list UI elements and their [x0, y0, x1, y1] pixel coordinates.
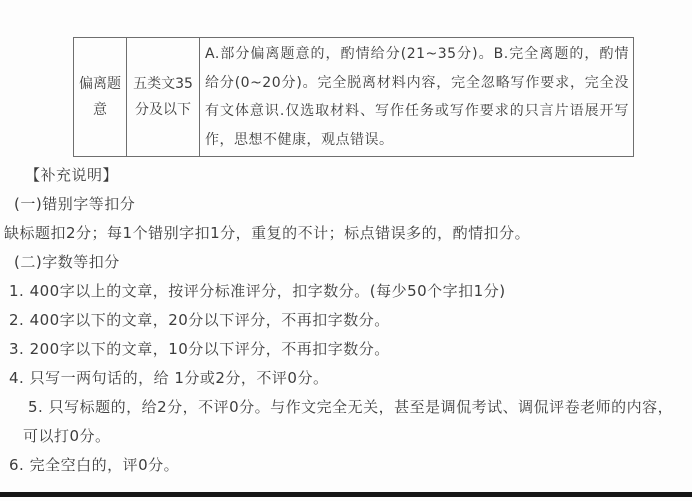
notes-item-2: 2. 400字以下的文章，20分以下评分，不再扣字数分。: [9, 306, 692, 335]
table-row: 偏离题意 五类文35分及以下 A.部分偏离题意的，酌情给分(21~35分)。B.…: [74, 38, 634, 157]
rubric-table-body: 偏离题意 五类文35分及以下 A.部分偏离题意的，酌情给分(21~35分)。B.…: [74, 38, 634, 157]
rubric-description-cell: A.部分偏离题意的，酌情给分(21~35分)。B.完全离题的，酌情给分(0~20…: [200, 38, 634, 157]
notes-item-1: 1. 400字以上的文章，按评分标准评分，扣字数分。(每少50个字扣1分): [9, 277, 692, 306]
bottom-divider: [0, 492, 692, 497]
notes-item-5-continuation: 可以打0分。: [23, 422, 692, 451]
supplementary-notes: 【补充说明】 (一)错别字等扣分 缺标题扣2分；每1个错别字扣1分，重复的不计；…: [0, 161, 692, 480]
rubric-grade-cell: 五类文35分及以下: [127, 38, 200, 157]
notes-section-1-body: 缺标题扣2分；每1个错别字扣1分，重复的不计；标点错误多的，酌情扣分。: [4, 219, 692, 248]
notes-item-5: 5. 只写标题的，给2分，不评0分。与作文完全无关，甚至是调侃考试、调侃评卷老师…: [28, 393, 692, 422]
notes-title: 【补充说明】: [25, 161, 692, 190]
notes-item-3: 3. 200字以下的文章，10分以下评分，不再扣字数分。: [9, 335, 692, 364]
document-page: 偏离题意 五类文35分及以下 A.部分偏离题意的，酌情给分(21~35分)。B.…: [0, 0, 692, 501]
grading-rubric-table: 偏离题意 五类文35分及以下 A.部分偏离题意的，酌情给分(21~35分)。B.…: [73, 37, 634, 157]
notes-item-4: 4. 只写一两句话的，给 1分或2分，不评0分。: [9, 364, 692, 393]
notes-section-2-heading: (二)字数等扣分: [14, 248, 692, 277]
notes-section-1-heading: (一)错别字等扣分: [14, 190, 692, 219]
notes-item-6: 6. 完全空白的，评0分。: [9, 451, 692, 480]
rubric-category-cell: 偏离题意: [74, 38, 127, 157]
